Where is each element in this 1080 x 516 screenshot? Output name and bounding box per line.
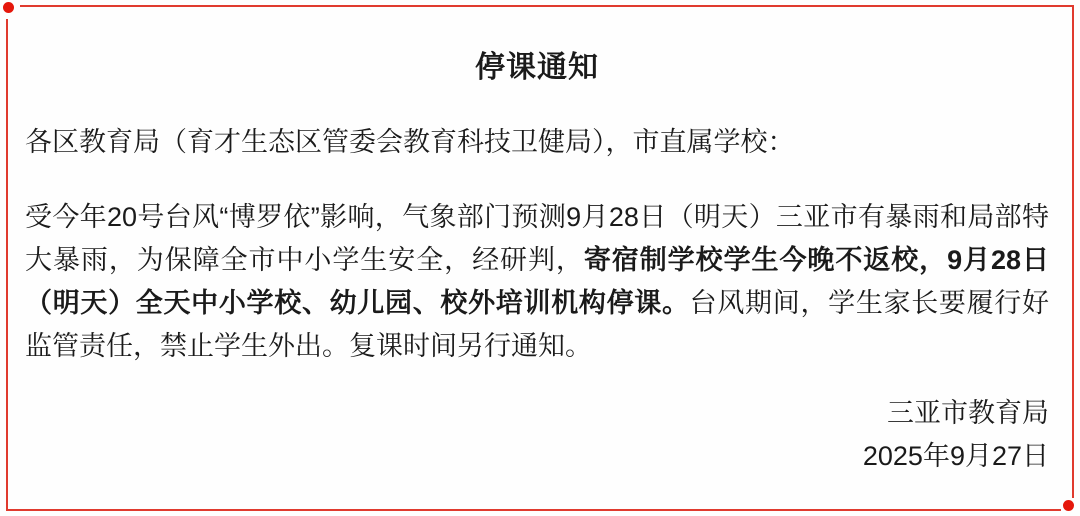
signature-block: 三亚市教育局 2025年9月27日 [25,392,1049,478]
signature-issuer: 三亚市教育局 [25,392,1049,435]
notice-body: 受今年20号台风“博罗依”影响，气象部门预测9月28日（明天）三亚市有暴雨和局部… [25,196,1049,368]
salutation-line: 各区教育局（育才生态区管委会教育科技卫健局），市直属学校： [25,121,1049,164]
page-title: 停课通知 [25,50,1049,86]
notice-content: 停课通知 各区教育局（育才生态区管委会教育科技卫健局），市直属学校： 受今年20… [6,6,1073,510]
notice-document: 停课通知 各区教育局（育才生态区管委会教育科技卫健局），市直属学校： 受今年20… [0,0,1080,516]
signature-date: 2025年9月27日 [25,435,1049,478]
